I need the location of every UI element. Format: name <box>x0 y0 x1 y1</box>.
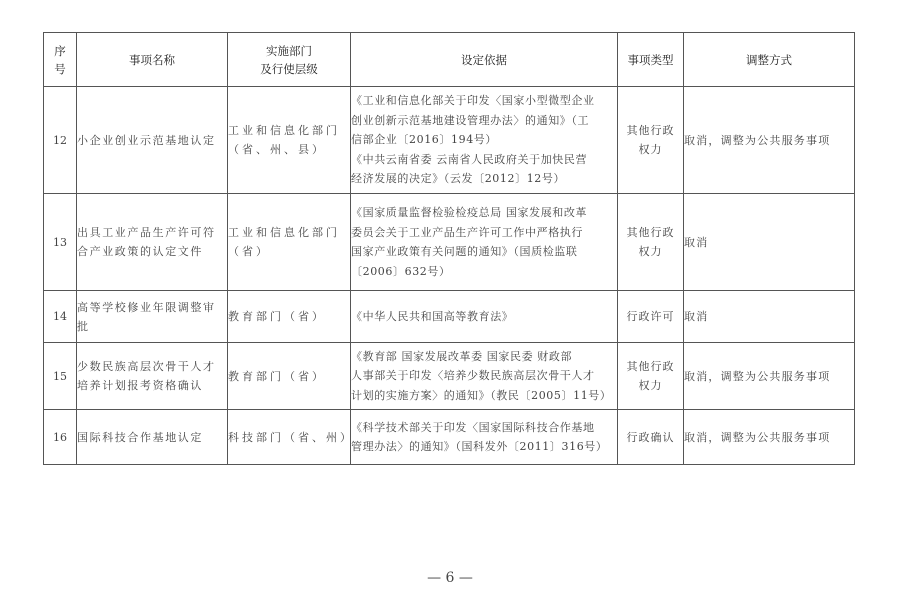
table-row: 12 小企业创业示范基地认定 工业和信息化部门 （省、州、县） 《工业和信息化部… <box>44 87 855 194</box>
header-num: 序 号 <box>44 33 77 87</box>
table-row: 14 高等学校修业年限调整审 批 教育部门（省） 《中华人民共和国高等教育法》 … <box>44 291 855 343</box>
table-row: 15 少数民族高层次骨干人才 培养计划报考资格确认 教育部门（省） 《教育部 国… <box>44 343 855 410</box>
item-type: 行政许可 <box>618 291 684 343</box>
dept: 教育部门（省） <box>228 343 351 410</box>
header-dept: 实施部门 及行使层级 <box>228 33 351 87</box>
adjustment: 取消，调整为公共服务事项 <box>684 87 855 194</box>
adjustment: 取消 <box>684 194 855 291</box>
legal-basis: 《科学技术部关于印发〈国家国际科技合作基地 管理办法〉的通知》（国科发外〔201… <box>351 410 618 465</box>
header-adjust: 调整方式 <box>684 33 855 87</box>
table-row: 16 国际科技合作基地认定 科技部门（省、州） 《科学技术部关于印发〈国家国际科… <box>44 410 855 465</box>
adjustment: 取消，调整为公共服务事项 <box>684 343 855 410</box>
dept: 工业和信息化部门 （省） <box>228 194 351 291</box>
item-type: 其他行政 权力 <box>618 343 684 410</box>
row-num: 13 <box>44 194 77 291</box>
header-type: 事项类型 <box>618 33 684 87</box>
dept: 科技部门（省、州） <box>228 410 351 465</box>
page-number: — 6 — <box>0 570 900 586</box>
legal-basis: 《国家质量监督检验检疫总局 国家发展和改革 委员会关于工业产品生产许可工作中严格… <box>351 194 618 291</box>
item-type: 其他行政 权力 <box>618 194 684 291</box>
row-num: 15 <box>44 343 77 410</box>
adjustment: 取消，调整为公共服务事项 <box>684 410 855 465</box>
item-name: 国际科技合作基地认定 <box>77 410 228 465</box>
item-type: 行政确认 <box>618 410 684 465</box>
row-num: 12 <box>44 87 77 194</box>
table-header-row: 序 号 事项名称 实施部门 及行使层级 设定依据 事项类型 调整方式 <box>44 33 855 87</box>
adjustment-table: 序 号 事项名称 实施部门 及行使层级 设定依据 事项类型 调整方式 12 小企… <box>43 32 855 465</box>
item-name: 出具工业产品生产许可符 合产业政策的认定文件 <box>77 194 228 291</box>
legal-basis: 《中华人民共和国高等教育法》 <box>351 291 618 343</box>
item-name: 少数民族高层次骨干人才 培养计划报考资格确认 <box>77 343 228 410</box>
table-row: 13 出具工业产品生产许可符 合产业政策的认定文件 工业和信息化部门 （省） 《… <box>44 194 855 291</box>
legal-basis: 《工业和信息化部关于印发〈国家小型微型企业 创业创新示范基地建设管理办法〉的通知… <box>351 87 618 194</box>
row-num: 14 <box>44 291 77 343</box>
header-name: 事项名称 <box>77 33 228 87</box>
row-num: 16 <box>44 410 77 465</box>
item-name: 高等学校修业年限调整审 批 <box>77 291 228 343</box>
item-name: 小企业创业示范基地认定 <box>77 87 228 194</box>
dept: 工业和信息化部门 （省、州、县） <box>228 87 351 194</box>
item-type: 其他行政 权力 <box>618 87 684 194</box>
adjustment: 取消 <box>684 291 855 343</box>
legal-basis: 《教育部 国家发展改革委 国家民委 财政部 人事部关于印发〈培养少数民族高层次骨… <box>351 343 618 410</box>
header-basis: 设定依据 <box>351 33 618 87</box>
dept: 教育部门（省） <box>228 291 351 343</box>
